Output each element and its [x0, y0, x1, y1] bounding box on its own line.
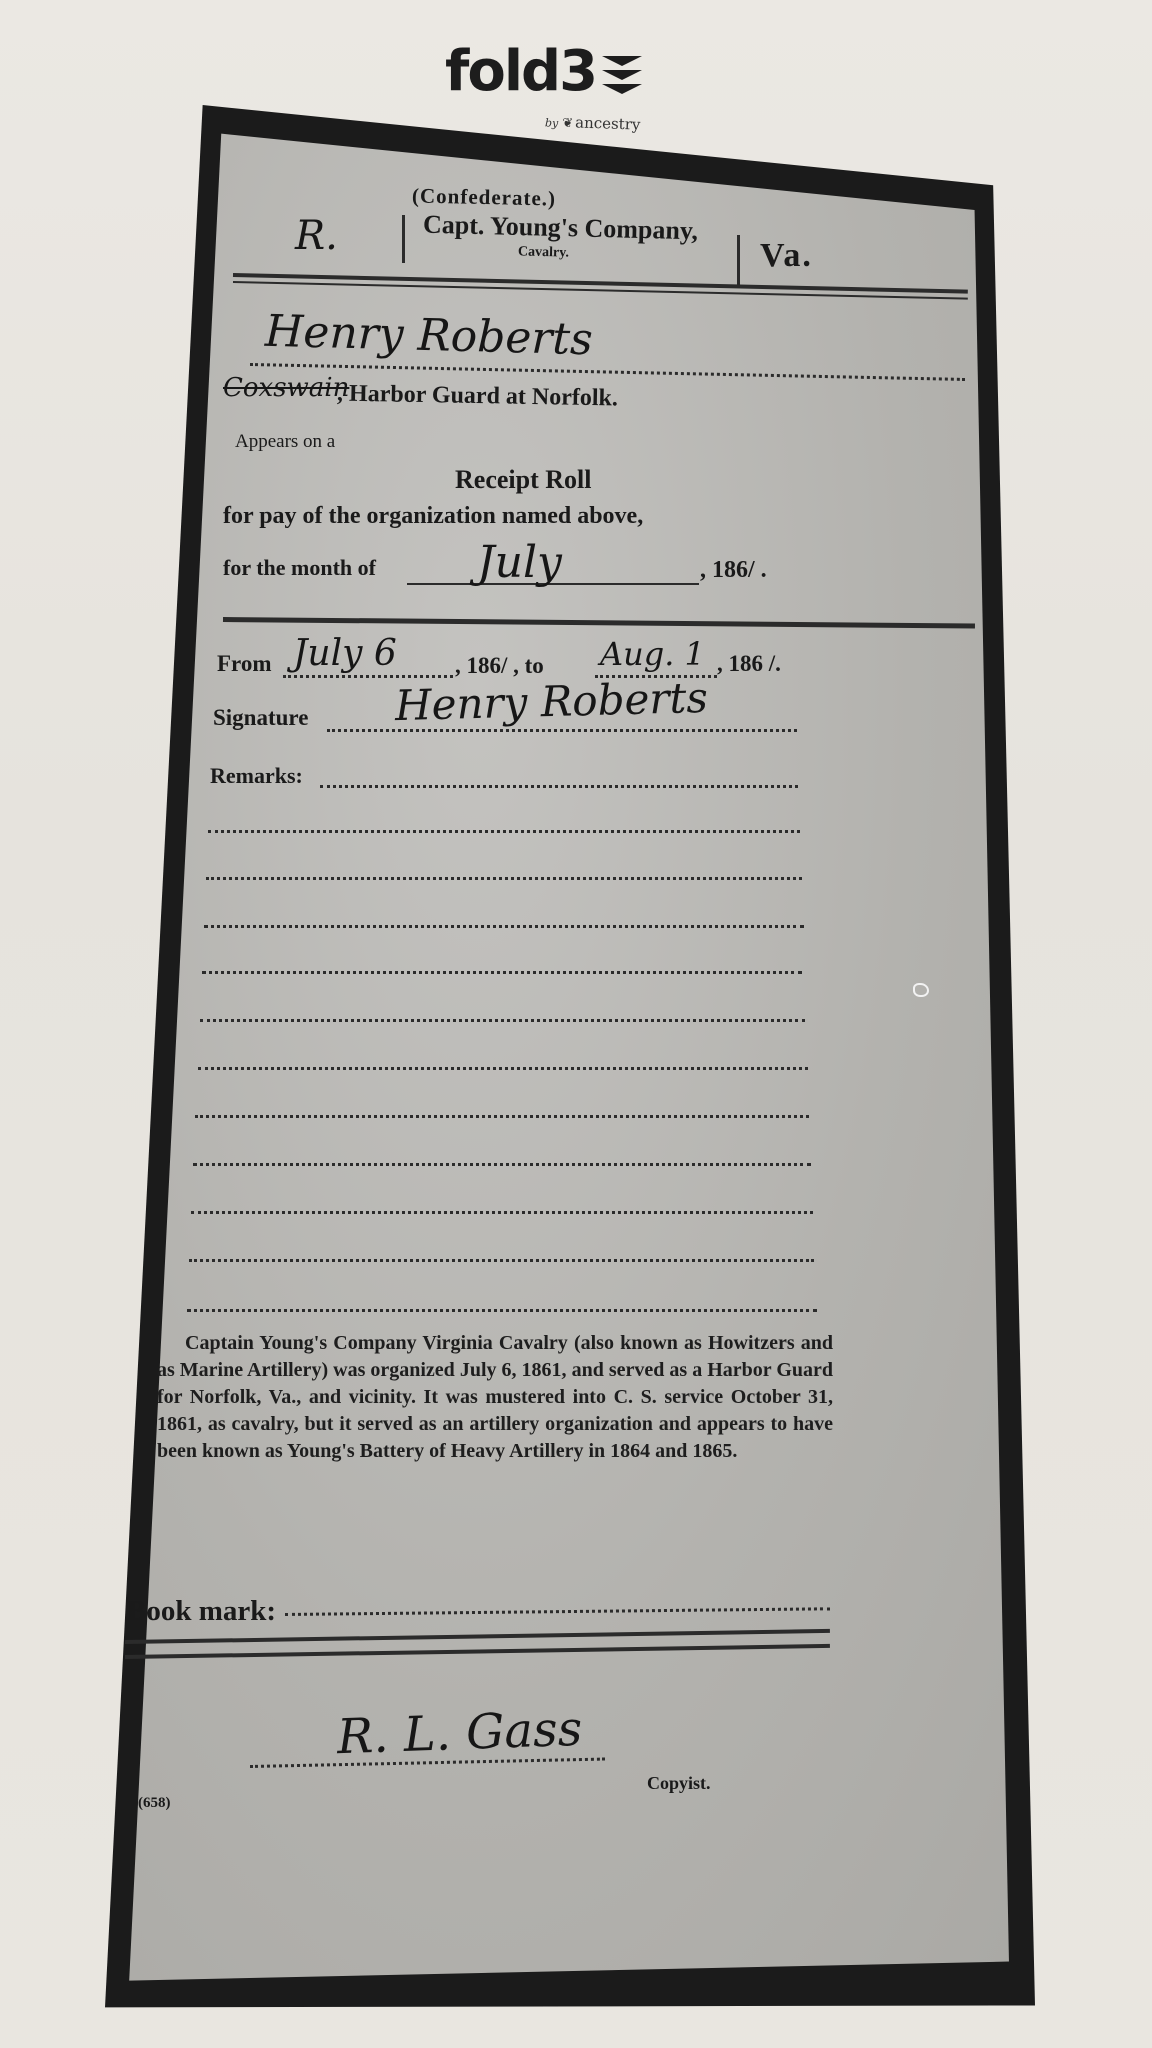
- historical-note: Captain Young's Company Virginia Cavalry…: [157, 1330, 833, 1465]
- remarks-line-11: [189, 1259, 814, 1262]
- remarks-line-8: [195, 1115, 809, 1118]
- header-divider-left: [402, 215, 405, 263]
- bookmark-label: Book mark:: [127, 1595, 276, 1628]
- to-year: , 186 /.: [717, 651, 781, 677]
- remarks-line-10: [191, 1211, 813, 1214]
- roll-description: for pay of the organization named above,: [223, 503, 643, 530]
- soldier-name: Henry Roberts: [264, 306, 593, 366]
- chevron-stack-icon: [602, 56, 648, 98]
- unit-label: Capt. Young's Company,: [423, 210, 699, 247]
- signature-label: Signature: [213, 705, 308, 731]
- logo-text: fold3: [445, 42, 596, 102]
- remarks-line-12: [187, 1309, 817, 1312]
- remarks-line-3: [206, 877, 802, 880]
- month-value: July: [477, 537, 562, 588]
- remarks-line-5: [202, 971, 802, 974]
- form-number: (658): [138, 1795, 171, 1812]
- from-label: From: [217, 651, 272, 677]
- roll-title: Receipt Roll: [455, 465, 591, 495]
- copyist-signature: R. L. Gass: [336, 1701, 583, 1766]
- remarks-line-4: [204, 925, 804, 928]
- remarks-line-9: [193, 1163, 811, 1166]
- remarks-line-7: [198, 1067, 808, 1070]
- service-record-card: (Confederate.) R. Capt. Young's Company,…: [105, 105, 1035, 2015]
- from-value: July 6: [293, 633, 397, 674]
- paper-blemish: [913, 983, 929, 997]
- signature-value: Henry Roberts: [394, 673, 708, 730]
- name-line: [250, 363, 965, 381]
- from-year: , 186/ , to: [455, 653, 544, 679]
- surname-initial: R.: [295, 213, 338, 259]
- from-line: [283, 675, 453, 678]
- historical-note-text: Captain Young's Company Virginia Cavalry…: [157, 1332, 833, 1462]
- copyist-label: Copyist.: [647, 1773, 711, 1794]
- to-value: Aug. 1: [600, 635, 705, 673]
- rank-handwritten: Coxswain: [223, 373, 349, 403]
- fold3-logo: fold3 by❦ancestry: [445, 42, 705, 102]
- month-label: for the month of: [223, 555, 376, 581]
- header-divider-right: [737, 235, 740, 285]
- card-content: (Confederate.) R. Capt. Young's Company,…: [105, 105, 1035, 2015]
- affiliation-label: (Confederate.): [412, 183, 557, 211]
- appears-on-label: Appears on a: [235, 431, 335, 453]
- state-label: Va.: [760, 237, 813, 275]
- section-rule: [223, 617, 975, 629]
- remarks-line-2: [208, 830, 800, 833]
- bookmark-line: [285, 1607, 830, 1616]
- rank-suffix: , Harbor Guard at Norfolk.: [337, 381, 618, 413]
- bookmark-rule-1: [125, 1629, 830, 1644]
- month-year: , 186/ .: [700, 557, 767, 584]
- branch-label: Cavalry.: [518, 244, 569, 261]
- remarks-label: Remarks:: [210, 763, 303, 789]
- bookmark-rule-2: [125, 1644, 830, 1659]
- remarks-line-6: [200, 1019, 805, 1022]
- remarks-line-1: [320, 785, 798, 788]
